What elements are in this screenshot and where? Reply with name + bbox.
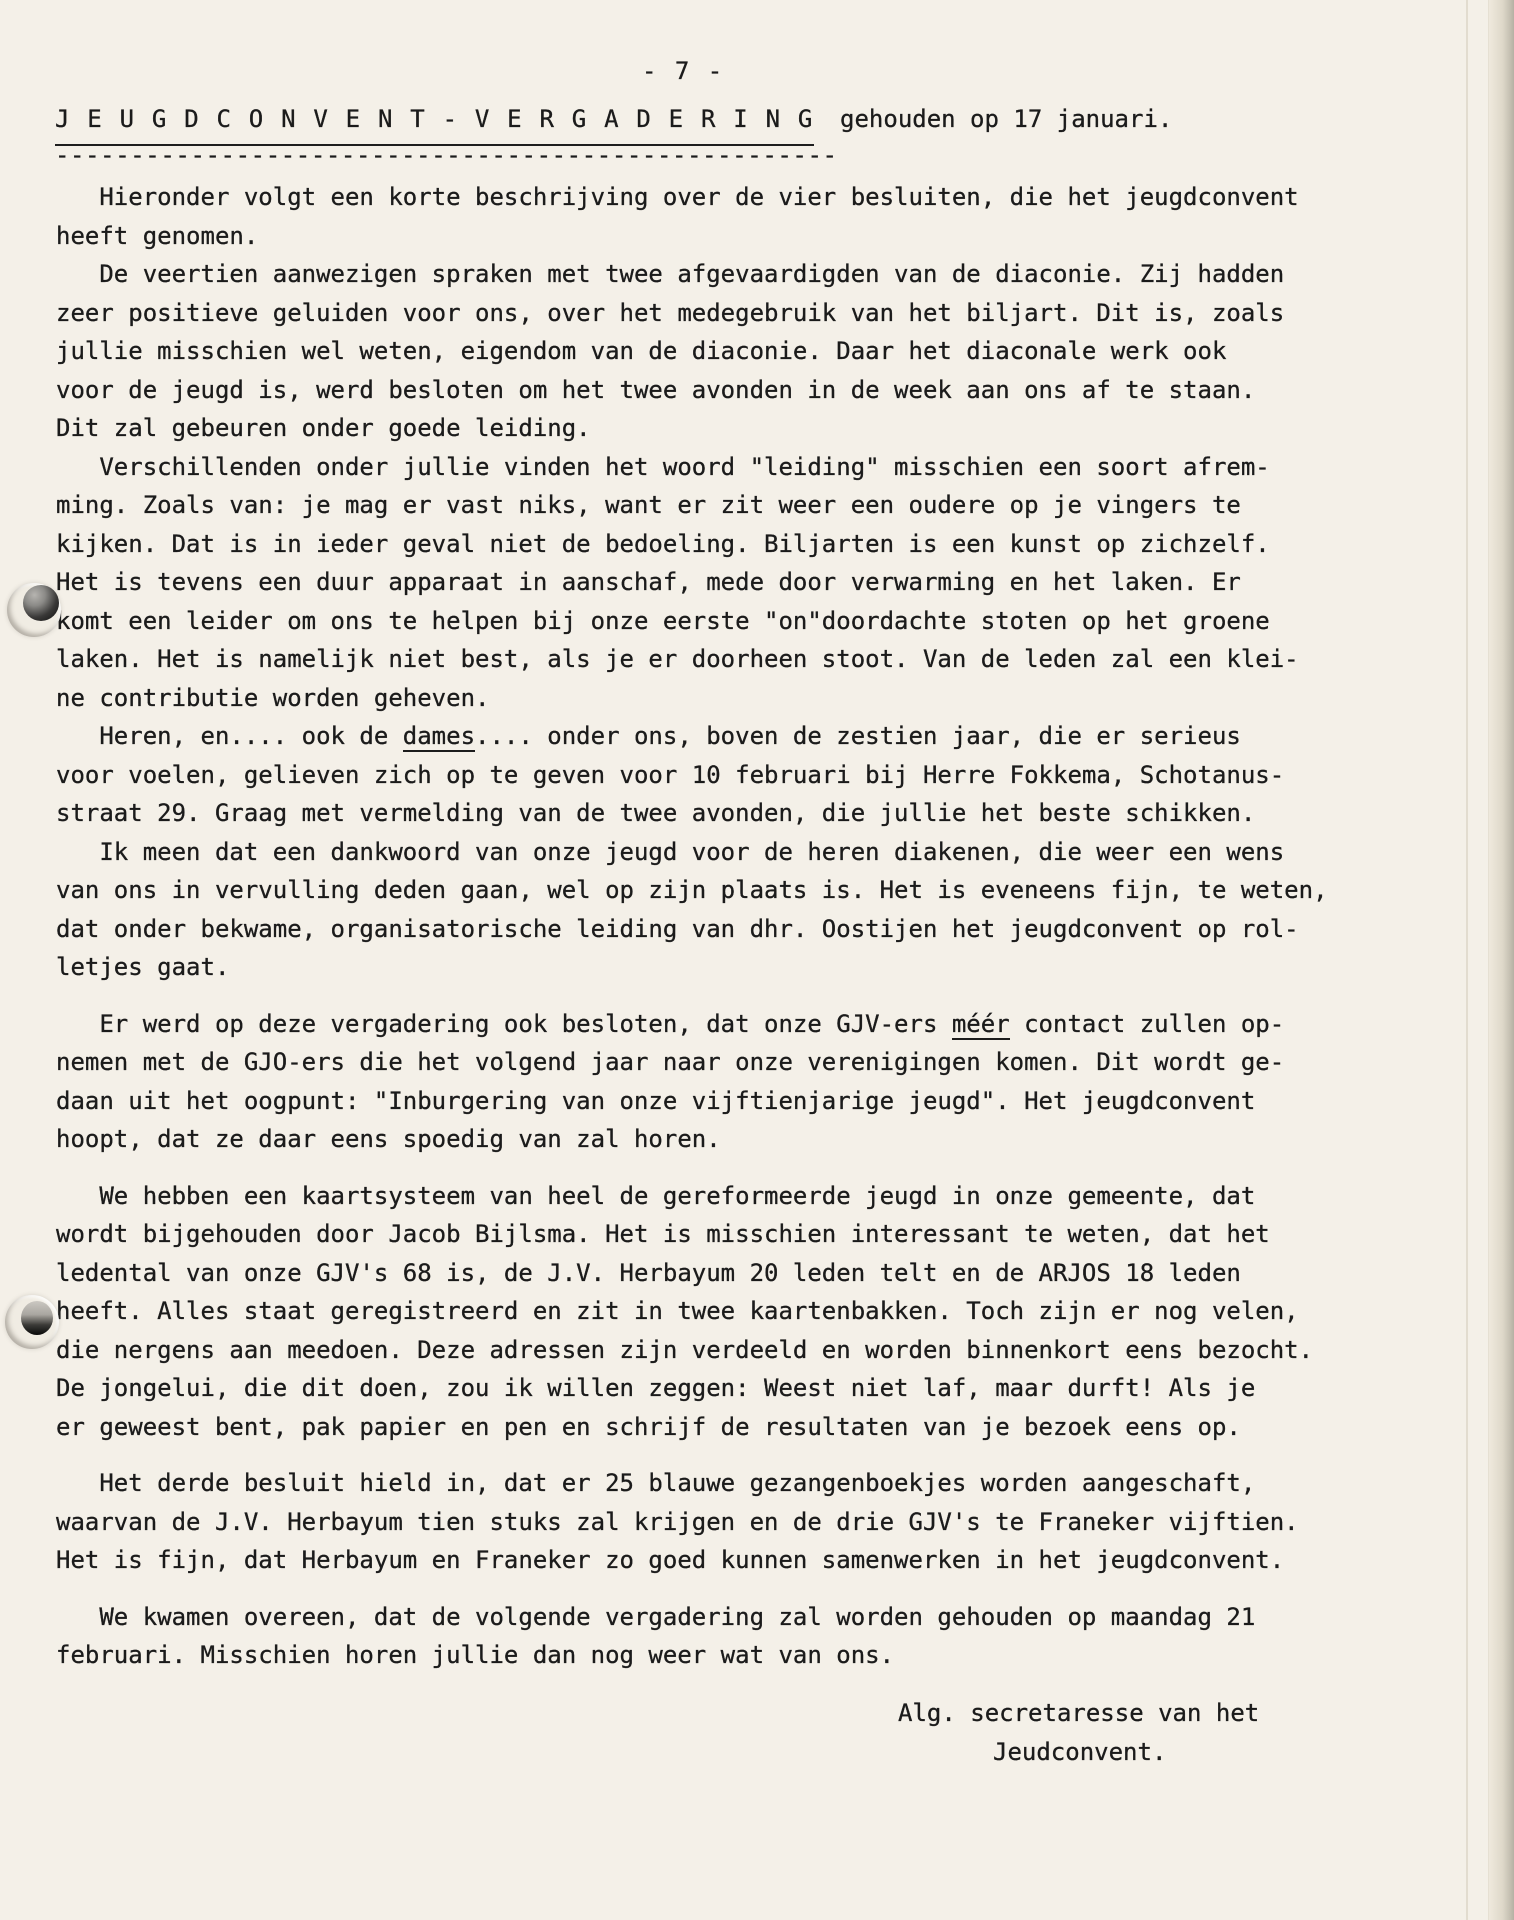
page-edge-crease <box>1466 0 1468 1920</box>
text-line: jullie misschien wel weten, eigendom van… <box>56 332 1328 371</box>
text-line: komt een leider om ons te helpen bij onz… <box>56 602 1328 641</box>
punch-hole-top-opening <box>23 585 59 621</box>
text-line: letjes gaat. <box>56 948 1328 987</box>
paragraph: We kwamen overeen, dat de volgende verga… <box>56 1598 1328 1675</box>
text-line: heeft genomen. <box>56 217 1328 256</box>
text-line: Er werd op deze vergadering ook besloten… <box>56 1005 1328 1044</box>
text-line: februari. Misschien horen jullie dan nog… <box>56 1636 1328 1675</box>
paragraph: Heren, en.... ook de dames.... onder ons… <box>56 717 1328 833</box>
text-line: hoopt, dat ze daar eens spoedig van zal … <box>56 1120 1328 1159</box>
text-line: We kwamen overeen, dat de volgende verga… <box>56 1598 1328 1637</box>
text-line: We hebben een kaartsysteem van heel de g… <box>56 1177 1328 1216</box>
text-line: ledental van onze GJV's 68 is, de J.V. H… <box>56 1254 1328 1293</box>
text-line: zeer positieve geluiden voor ons, over h… <box>56 294 1328 333</box>
text-line: Ik meen dat een dankwoord van onze jeugd… <box>56 833 1328 872</box>
punch-hole-bottom-opening <box>21 1301 53 1335</box>
text-line: ne contributie worden geheven. <box>56 679 1328 718</box>
text-line: voor de jeugd is, werd besloten om het t… <box>56 371 1328 410</box>
paragraph: Het derde besluit hield in, dat er 25 bl… <box>56 1464 1328 1580</box>
text-line: De veertien aanwezigen spraken met twee … <box>56 255 1328 294</box>
page-number: - 7 - <box>642 52 724 91</box>
paragraph: We hebben een kaartsysteem van heel de g… <box>56 1177 1328 1447</box>
text-line: wordt bijgehouden door Jacob Bijlsma. He… <box>56 1215 1328 1254</box>
punch-hole-top <box>7 583 61 637</box>
page-edge-band <box>1488 0 1514 1920</box>
paragraph: De veertien aanwezigen spraken met twee … <box>56 255 1328 448</box>
text-line: waarvan de J.V. Herbayum tien stuks zal … <box>56 1503 1328 1542</box>
text-line: voor voelen, gelieven zich op te geven v… <box>56 756 1328 795</box>
title-underline-dashes: ----------------------------------------… <box>55 136 838 175</box>
text-line: De jongelui, die dit doen, zou ik willen… <box>56 1369 1328 1408</box>
text-line: Hieronder volgt een korte beschrijving o… <box>56 178 1328 217</box>
text-line: er geweest bent, pak papier en pen en sc… <box>56 1408 1328 1447</box>
title-suffix: gehouden op 17 januari. <box>840 100 1172 139</box>
text-line: dat onder bekwame, organisatorische leid… <box>56 910 1328 949</box>
text-line: straat 29. Graag met vermelding van de t… <box>56 794 1328 833</box>
text-line: die nergens aan meedoen. Deze adressen z… <box>56 1331 1328 1370</box>
text-line: van ons in vervulling deden gaan, wel op… <box>56 871 1328 910</box>
text-line: Het derde besluit hield in, dat er 25 bl… <box>56 1464 1328 1503</box>
text-line: Verschillenden onder jullie vinden het w… <box>56 448 1328 487</box>
punch-hole-bottom <box>5 1295 59 1349</box>
text-line: heeft. Alles staat geregistreerd en zit … <box>56 1292 1328 1331</box>
text-line: kijken. Dat is in ieder geval niet de be… <box>56 525 1328 564</box>
paragraph: Ik meen dat een dankwoord van onze jeugd… <box>56 833 1328 987</box>
text-line: Het is fijn, dat Herbayum en Franeker zo… <box>56 1541 1328 1580</box>
paragraph: Er werd op deze vergadering ook besloten… <box>56 1005 1328 1159</box>
paragraph: Hieronder volgt een korte beschrijving o… <box>56 178 1328 255</box>
text-line: laken. Het is namelijk niet best, als je… <box>56 640 1328 679</box>
text-line: Heren, en.... ook de dames.... onder ons… <box>56 717 1328 756</box>
signoff-line-1: Alg. secretaresse van het <box>898 1694 1259 1733</box>
document-body: Hieronder volgt een korte beschrijving o… <box>56 178 1328 1675</box>
text-line: Dit zal gebeuren onder goede leiding. <box>56 409 1328 448</box>
text-line: ming. Zoals van: je mag er vast niks, wa… <box>56 486 1328 525</box>
text-line: nemen met de GJO-ers die het volgend jaa… <box>56 1043 1328 1082</box>
text-line: Het is tevens een duur apparaat in aansc… <box>56 563 1328 602</box>
paragraph: Verschillenden onder jullie vinden het w… <box>56 448 1328 718</box>
signoff-line-2: Jeudconvent. <box>993 1733 1166 1772</box>
text-line: daan uit het oogpunt: "Inburgering van o… <box>56 1082 1328 1121</box>
scanned-document-page: - 7 - J E U G D C O N V E N T - V E R G … <box>0 0 1514 1920</box>
